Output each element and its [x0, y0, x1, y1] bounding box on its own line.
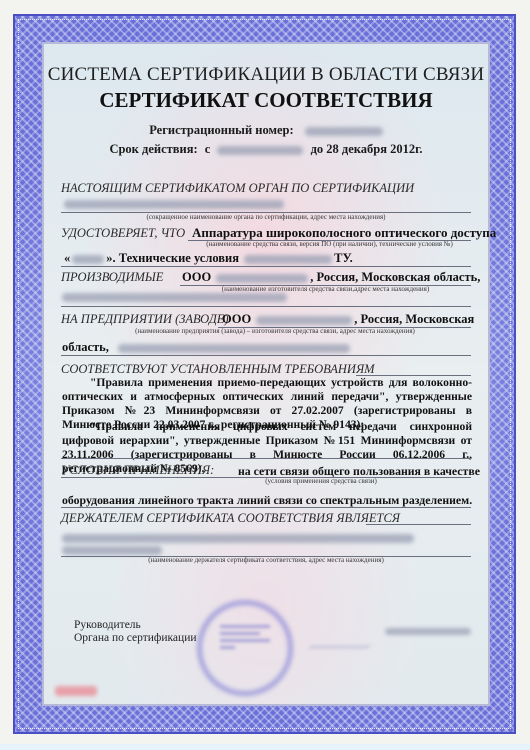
rule: [61, 266, 471, 267]
signer-role-line-2: Органа по сертификации: [74, 632, 197, 644]
spec-number-redacted: [244, 255, 332, 264]
product-model-redacted: [72, 255, 104, 264]
signer-role-line-1: Руководитель: [74, 619, 141, 631]
signer-name-redacted: [385, 628, 471, 635]
plant-caption: (наименование предприятия (завода) – изг…: [110, 327, 440, 335]
manufactured-label: ПРОИЗВОДИМЫЕ: [61, 270, 163, 285]
holder-name-redacted: [62, 534, 414, 543]
certification-body-caption: (сокращенное наименование органа по серт…: [61, 213, 471, 221]
usage-label: УСЛОВИЯ ПРИМЕНЕНИЯ:: [61, 463, 214, 478]
certifies-label: УДОСТОВЕРЯЕТ, ЧТО: [61, 226, 185, 241]
validity-from-prefix: с: [205, 142, 211, 156]
manufacturer-location: , Россия, Московская область,: [310, 270, 480, 284]
rule: [61, 306, 471, 307]
quote-open: «: [64, 251, 70, 265]
stamp-text-redacted: [220, 625, 270, 653]
plant-region: область,: [62, 340, 109, 354]
rule: [61, 507, 471, 508]
validity-to: до 28 декабря 2012г.: [311, 142, 423, 156]
plant-region-line: область,: [62, 340, 350, 355]
holder-address-redacted: [62, 546, 162, 555]
product-name: Аппаратура широкополосного оптического д…: [192, 225, 496, 241]
manufacturer-address-redacted: [62, 293, 287, 302]
registration-label: Регистрационный номер:: [149, 123, 293, 137]
usage-line-2: оборудования линейного тракта линий связ…: [62, 493, 472, 508]
bottom-strip: [0, 744, 530, 750]
certification-body-redacted: [64, 200, 284, 209]
validity-label: Срок действия:: [109, 142, 197, 156]
rule: [61, 458, 471, 459]
usage-caption: (условия применения средства связи): [238, 477, 404, 485]
serial-number-redacted: [55, 686, 97, 696]
requirements-label: СООТВЕТСТВУЮТ УСТАНОВЛЕННЫМ ТРЕБОВАНИЯМ: [61, 362, 375, 377]
validity-from-date-redacted: [217, 146, 303, 155]
plant-prefix: ООО: [222, 312, 251, 326]
validity-line: Срок действия: с до 28 декабря 2012г.: [42, 142, 490, 157]
rule: [61, 355, 471, 356]
product-spec-line: «». Технические условия ТУ.: [64, 251, 353, 266]
manufacturer-caption: (наименование изготовителя средства связ…: [180, 285, 471, 293]
registration-number-redacted: [305, 127, 383, 136]
plant-line: ООО , Россия, Московская: [222, 312, 474, 327]
manufacturer-prefix: ООО: [182, 270, 211, 284]
holder-caption: (наименование держателя сертификата соот…: [61, 556, 471, 564]
plant-location: , Россия, Московская: [354, 312, 474, 326]
plant-address-redacted: [118, 344, 350, 353]
product-spec-suffix: ТУ.: [334, 251, 353, 265]
certification-body-label: НАСТОЯЩИМ СЕРТИФИКАТОМ ОРГАН ПО СЕРТИФИК…: [61, 181, 414, 196]
system-title: СИСТЕМА СЕРТИФИКАЦИИ В ОБЛАСТИ СВЯЗИ: [42, 64, 490, 86]
registration-number-line: Регистрационный номер:: [42, 123, 490, 138]
manufacturer-line: ООО , Россия, Московская область,: [182, 270, 480, 285]
certificate-title: СЕРТИФИКАТ СООТВЕТСТВИЯ: [42, 88, 490, 113]
plant-name-redacted: [256, 316, 352, 325]
manufacturer-name-redacted: [216, 274, 308, 283]
holder-label: ДЕРЖАТЕЛЕМ СЕРТИФИКАТА СООТВЕТСТВИЯ ЯВЛЯ…: [61, 511, 400, 526]
product-caption: (наименование средства связи, версия ПО …: [188, 240, 471, 248]
product-spec-text: ». Технические условия: [106, 251, 239, 265]
plant-label: НА ПРЕДПРИЯТИИ (ЗАВОДЕ): [61, 312, 229, 327]
rule: [366, 524, 471, 525]
